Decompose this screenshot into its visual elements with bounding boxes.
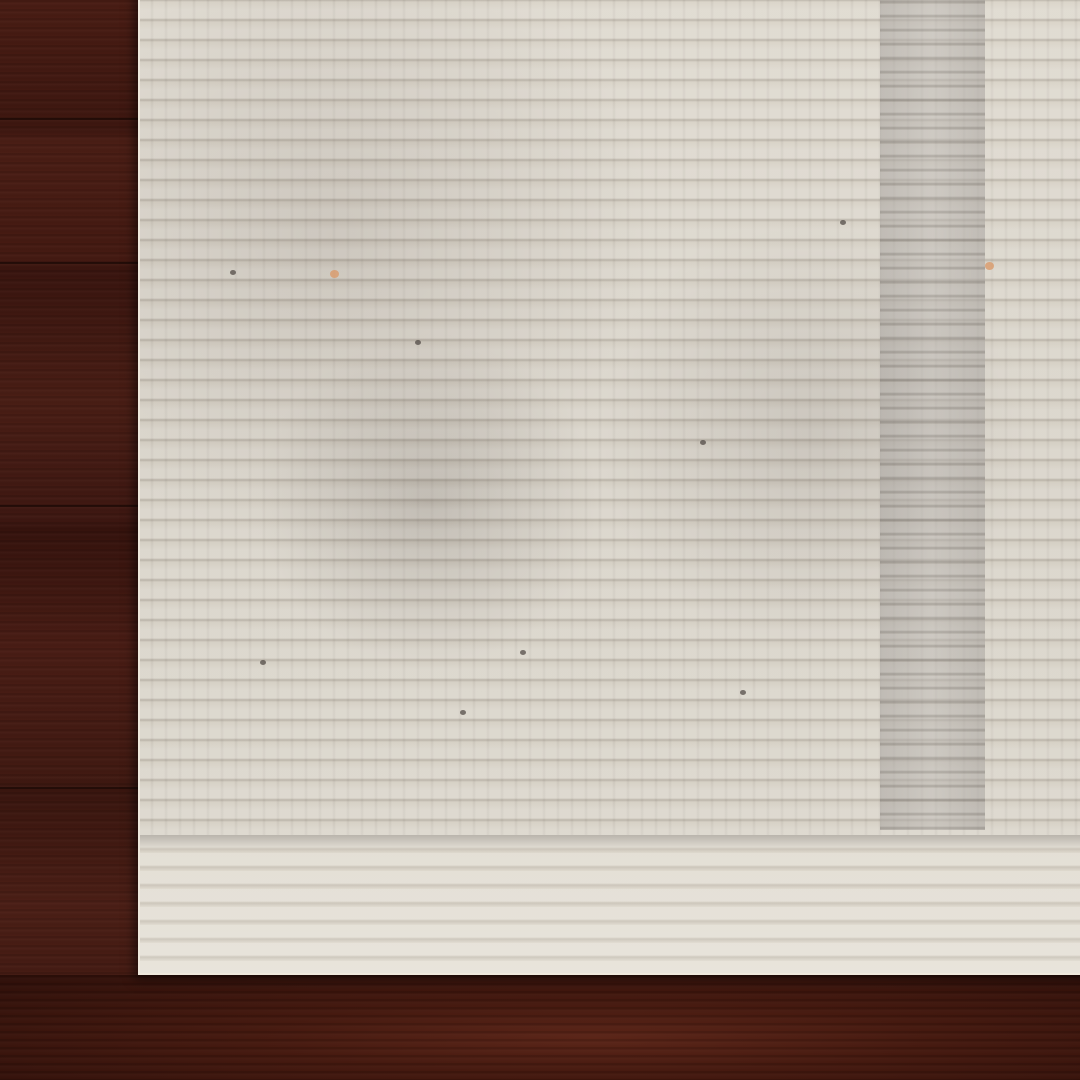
- rug-fleck: [520, 650, 526, 655]
- rug-fleck: [740, 690, 746, 695]
- wool-rug: [138, 0, 1080, 975]
- rug-fleck: [330, 270, 339, 278]
- floor-plank-seam: [0, 262, 150, 264]
- rug-fleck: [415, 340, 421, 345]
- rug-bottom-border: [140, 835, 1080, 973]
- floor-plank-seam: [0, 118, 150, 120]
- floor-plank-seam: [0, 505, 150, 507]
- rug-fleck: [985, 262, 994, 270]
- rug-fleck: [260, 660, 266, 665]
- rug-vertical-band: [880, 0, 985, 830]
- floor-plank-seam: [0, 787, 150, 789]
- rug-fleck: [460, 710, 466, 715]
- rug-fleck: [230, 270, 236, 275]
- rug-fleck: [840, 220, 846, 225]
- hardwood-floor: [0, 975, 1080, 1080]
- rug-fleck: [700, 440, 706, 445]
- product-photo: [0, 0, 1080, 1080]
